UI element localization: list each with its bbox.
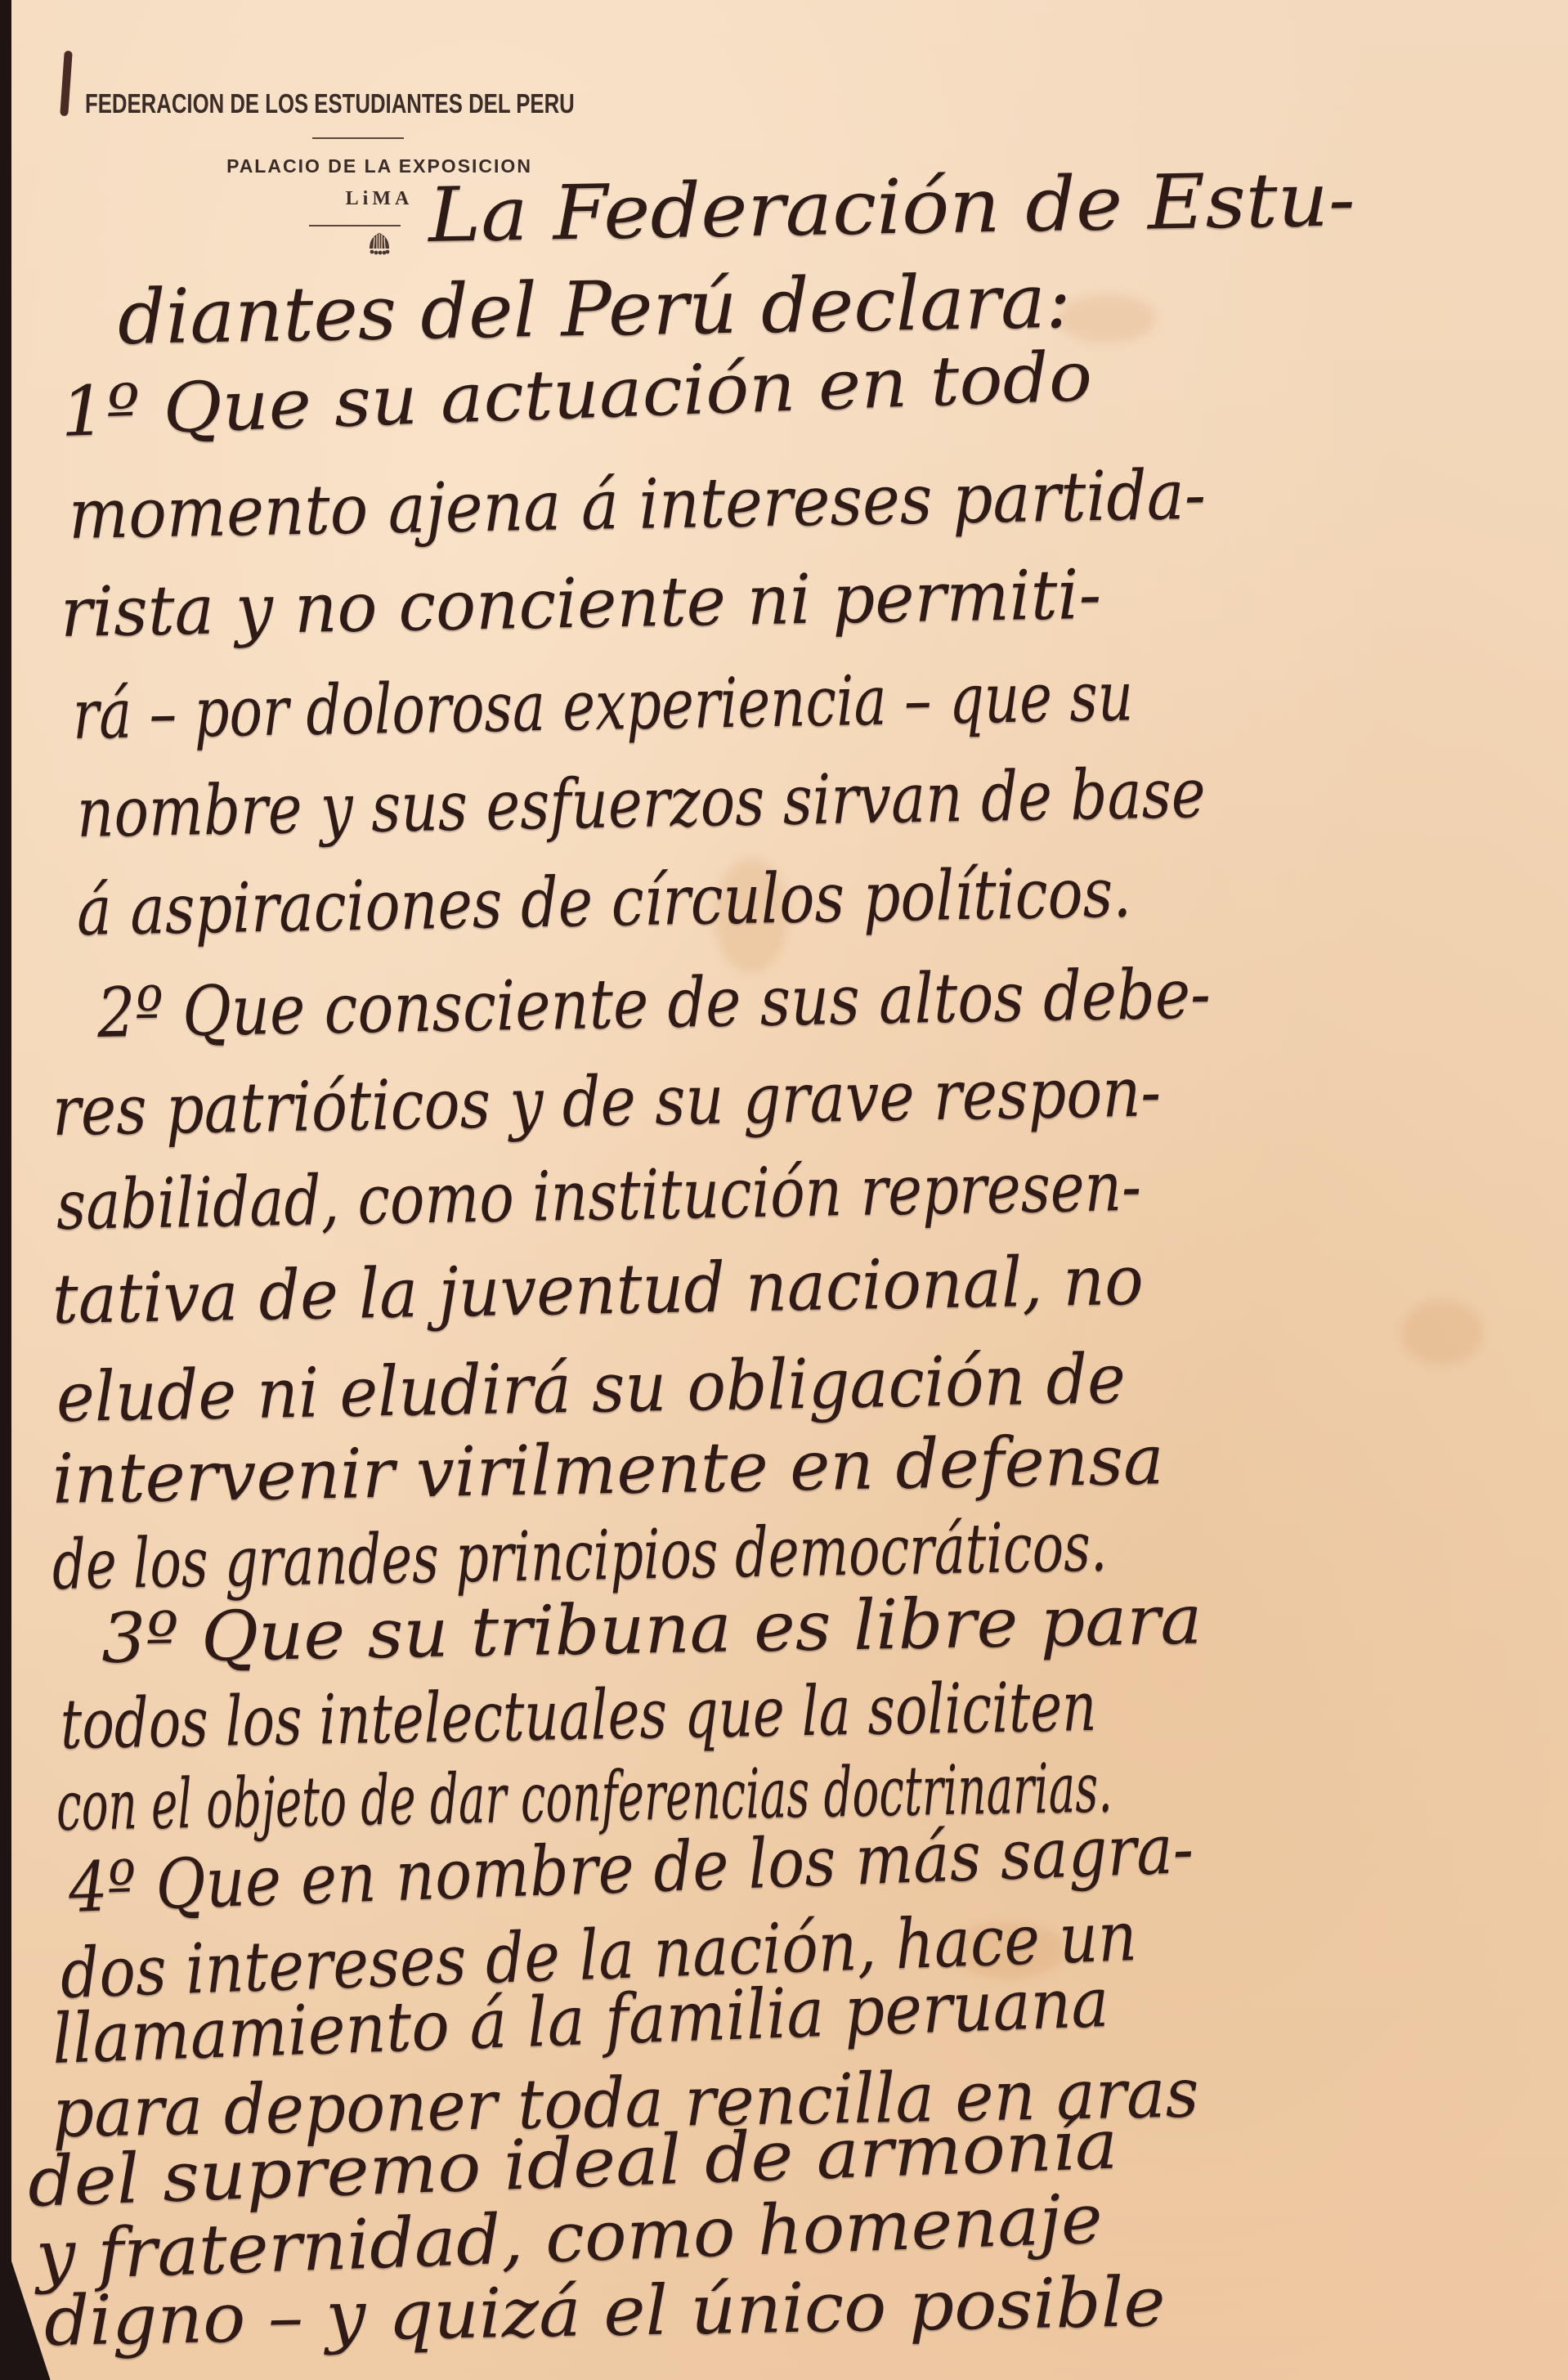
handwritten-line: todos los intelectuales que la soliciten	[60, 1666, 1097, 1764]
letterhead-rule	[309, 225, 401, 226]
handwritten-line: La Federación de Estu-	[428, 155, 1355, 259]
handwritten-line: 2º Que consciente de sus altos debe-	[96, 953, 1211, 1053]
handwritten-line: tativa de la juventud nacional, no	[52, 1240, 1144, 1339]
ink-mark	[60, 51, 73, 117]
handwritten-line: momento ajena á intereses partida-	[68, 455, 1207, 554]
organization-name: FEDERACION DE LOS ESTUDIANTES DEL PERU	[85, 88, 575, 119]
letterhead-rule	[312, 137, 404, 139]
handwritten-line: sabilidad, como institución represen-	[56, 1146, 1142, 1245]
handwritten-line: á aspiraciones de círculos políticos.	[76, 852, 1132, 950]
handwritten-line: rá – por dolorosa experiencia – que su	[72, 656, 1134, 755]
paper-stain	[1401, 1300, 1483, 1365]
letter-paper: FEDERACION DE LOS ESTUDIANTES DEL PERU P…	[11, 0, 1568, 2380]
crown-emblem-icon	[365, 231, 393, 258]
handwritten-line: res patrióticos y de su grave respon-	[52, 1051, 1162, 1151]
handwritten-line: nombre y sus esfuerzos sirvan de base	[76, 753, 1206, 853]
handwritten-line: rista y no conciente ni permiti-	[60, 554, 1102, 652]
